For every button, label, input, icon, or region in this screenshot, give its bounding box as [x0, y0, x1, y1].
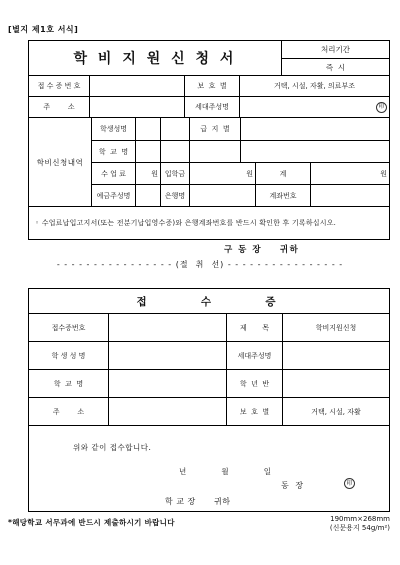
receipt-number-field [89, 76, 184, 96]
student-name-field-2 [160, 118, 189, 140]
depositor-name-label: 예금주성명 [92, 185, 135, 206]
householder-name-label: 세대주성명 [184, 97, 239, 117]
main-form-table: 학 비 지 원 신 청 서 처리기간 즉 시 접 수 증 번 호 보 호 별 거… [28, 40, 390, 240]
bank-name-label: 은행명 [160, 185, 189, 206]
processing-period-value: 즉 시 [282, 58, 389, 75]
receipt-title: 접 수 증 [29, 289, 389, 313]
receipt-number-field-2 [108, 314, 226, 341]
school-name-field [135, 141, 160, 162]
receipt-school-name-label: 학 교 명 [29, 370, 108, 397]
account-number-field [310, 185, 389, 206]
address-label: 주 소 [29, 97, 89, 117]
receipt-table: 접 수 증 접수증번호 제 목 학비지원신청 학 생 성 명 세대주성명 학 교… [28, 288, 390, 512]
student-name-field [135, 118, 160, 140]
paper-size-info: 190mm×268mm (신문용지 54g/m²) [330, 515, 390, 534]
receipt-student-name-label: 학 생 성 명 [29, 342, 108, 369]
grade-class-field [282, 370, 389, 397]
student-name-label: 학생성명 [92, 118, 135, 140]
receipt-householder-label: 세대주성명 [226, 342, 282, 369]
main-addressee: 구 동 장 귀하 [224, 243, 299, 255]
subject-value: 학비지원신청 [282, 314, 389, 341]
seal-icon-receipt: 印 [344, 478, 355, 489]
receipt-address-field [108, 398, 226, 425]
footer-submission-note: *해당학교 서무과에 반드시 제출하시기 바랍니다 [8, 517, 175, 528]
total-unit: 원 [310, 163, 389, 184]
processing-block: 처리기간 즉 시 [281, 41, 389, 75]
cut-line-label: (절 취 선) [172, 260, 228, 269]
form-attachment-tag: [별지 제1호 서식] [8, 24, 78, 35]
grade-class-label: 학 년 반 [226, 370, 282, 397]
cut-line-dashes-left: - - - - - - - - - - - - - - - - [57, 260, 172, 269]
householder-name-field: 印 [239, 97, 389, 117]
receipt-number-label: 접 수 증 번 호 [29, 76, 89, 96]
receipt-protection-value: 거택, 시설, 자활 [282, 398, 389, 425]
total-label: 계 [255, 163, 310, 184]
address-field [89, 97, 184, 117]
tuition-label: 수 업 료 [92, 163, 135, 184]
processing-period-label: 처리기간 [282, 41, 389, 58]
school-name-field-3 [189, 141, 240, 162]
school-name-field-4 [240, 141, 389, 162]
subject-label: 제 목 [226, 314, 282, 341]
application-form-page: [별지 제1호 서식] 학 비 지 원 신 청 서 처리기간 즉 시 접 수 증… [0, 0, 400, 565]
admission-fee-unit: 원 [189, 163, 255, 184]
fee-zone-field [240, 118, 389, 140]
cut-line-dashes-right: - - - - - - - - - - - - - - - - [228, 260, 343, 269]
form-title: 학 비 지 원 신 청 서 [29, 41, 281, 75]
seal-icon: 印 [376, 102, 387, 113]
receipt-date-line: 년 월 일 [179, 466, 271, 477]
cut-line: - - - - - - - - - - - - - - - - (절 취 선) … [0, 259, 400, 270]
fee-details-label: 학비신청내역 [29, 118, 91, 206]
school-name-field-2 [160, 141, 189, 162]
depositor-name-field [135, 185, 160, 206]
receipt-protection-label: 보 호 별 [226, 398, 282, 425]
receipt-number-label-2: 접수증번호 [29, 314, 108, 341]
tuition-unit: 원 [135, 163, 160, 184]
protection-type-label: 보 호 별 [184, 76, 239, 96]
admission-fee-label: 입학금 [160, 163, 189, 184]
receipt-statement: 위와 같이 접수합니다. [73, 442, 151, 453]
fee-details-section: 학비신청내역 학생성명 급 지 별 학 교 명 수 업 [29, 117, 389, 206]
form-notice: ◦ 수업료납입고지서(또는 전분기납입영수증)와 은행계좌번호를 반드시 확인한… [29, 207, 389, 239]
fee-zone-label: 급 지 별 [189, 118, 240, 140]
bank-name-field [189, 185, 255, 206]
receipt-addressee: 학 교 장 귀하 [165, 496, 230, 507]
protection-type-value: 거택, 시설, 자활, 의료부조 [239, 76, 389, 96]
receipt-school-name-field [108, 370, 226, 397]
receipt-student-name-field [108, 342, 226, 369]
paper-spec: (신문용지 54g/m²) [330, 524, 390, 533]
receipt-address-label: 주 소 [29, 398, 108, 425]
account-number-label: 계좌번호 [255, 185, 310, 206]
receipt-householder-field [282, 342, 389, 369]
receipt-signature-area: 위와 같이 접수합니다. 년 월 일 동 장 印 학 교 장 귀하 [29, 425, 389, 511]
school-name-label: 학 교 명 [92, 141, 135, 162]
receipt-signer: 동 장 [281, 480, 304, 491]
